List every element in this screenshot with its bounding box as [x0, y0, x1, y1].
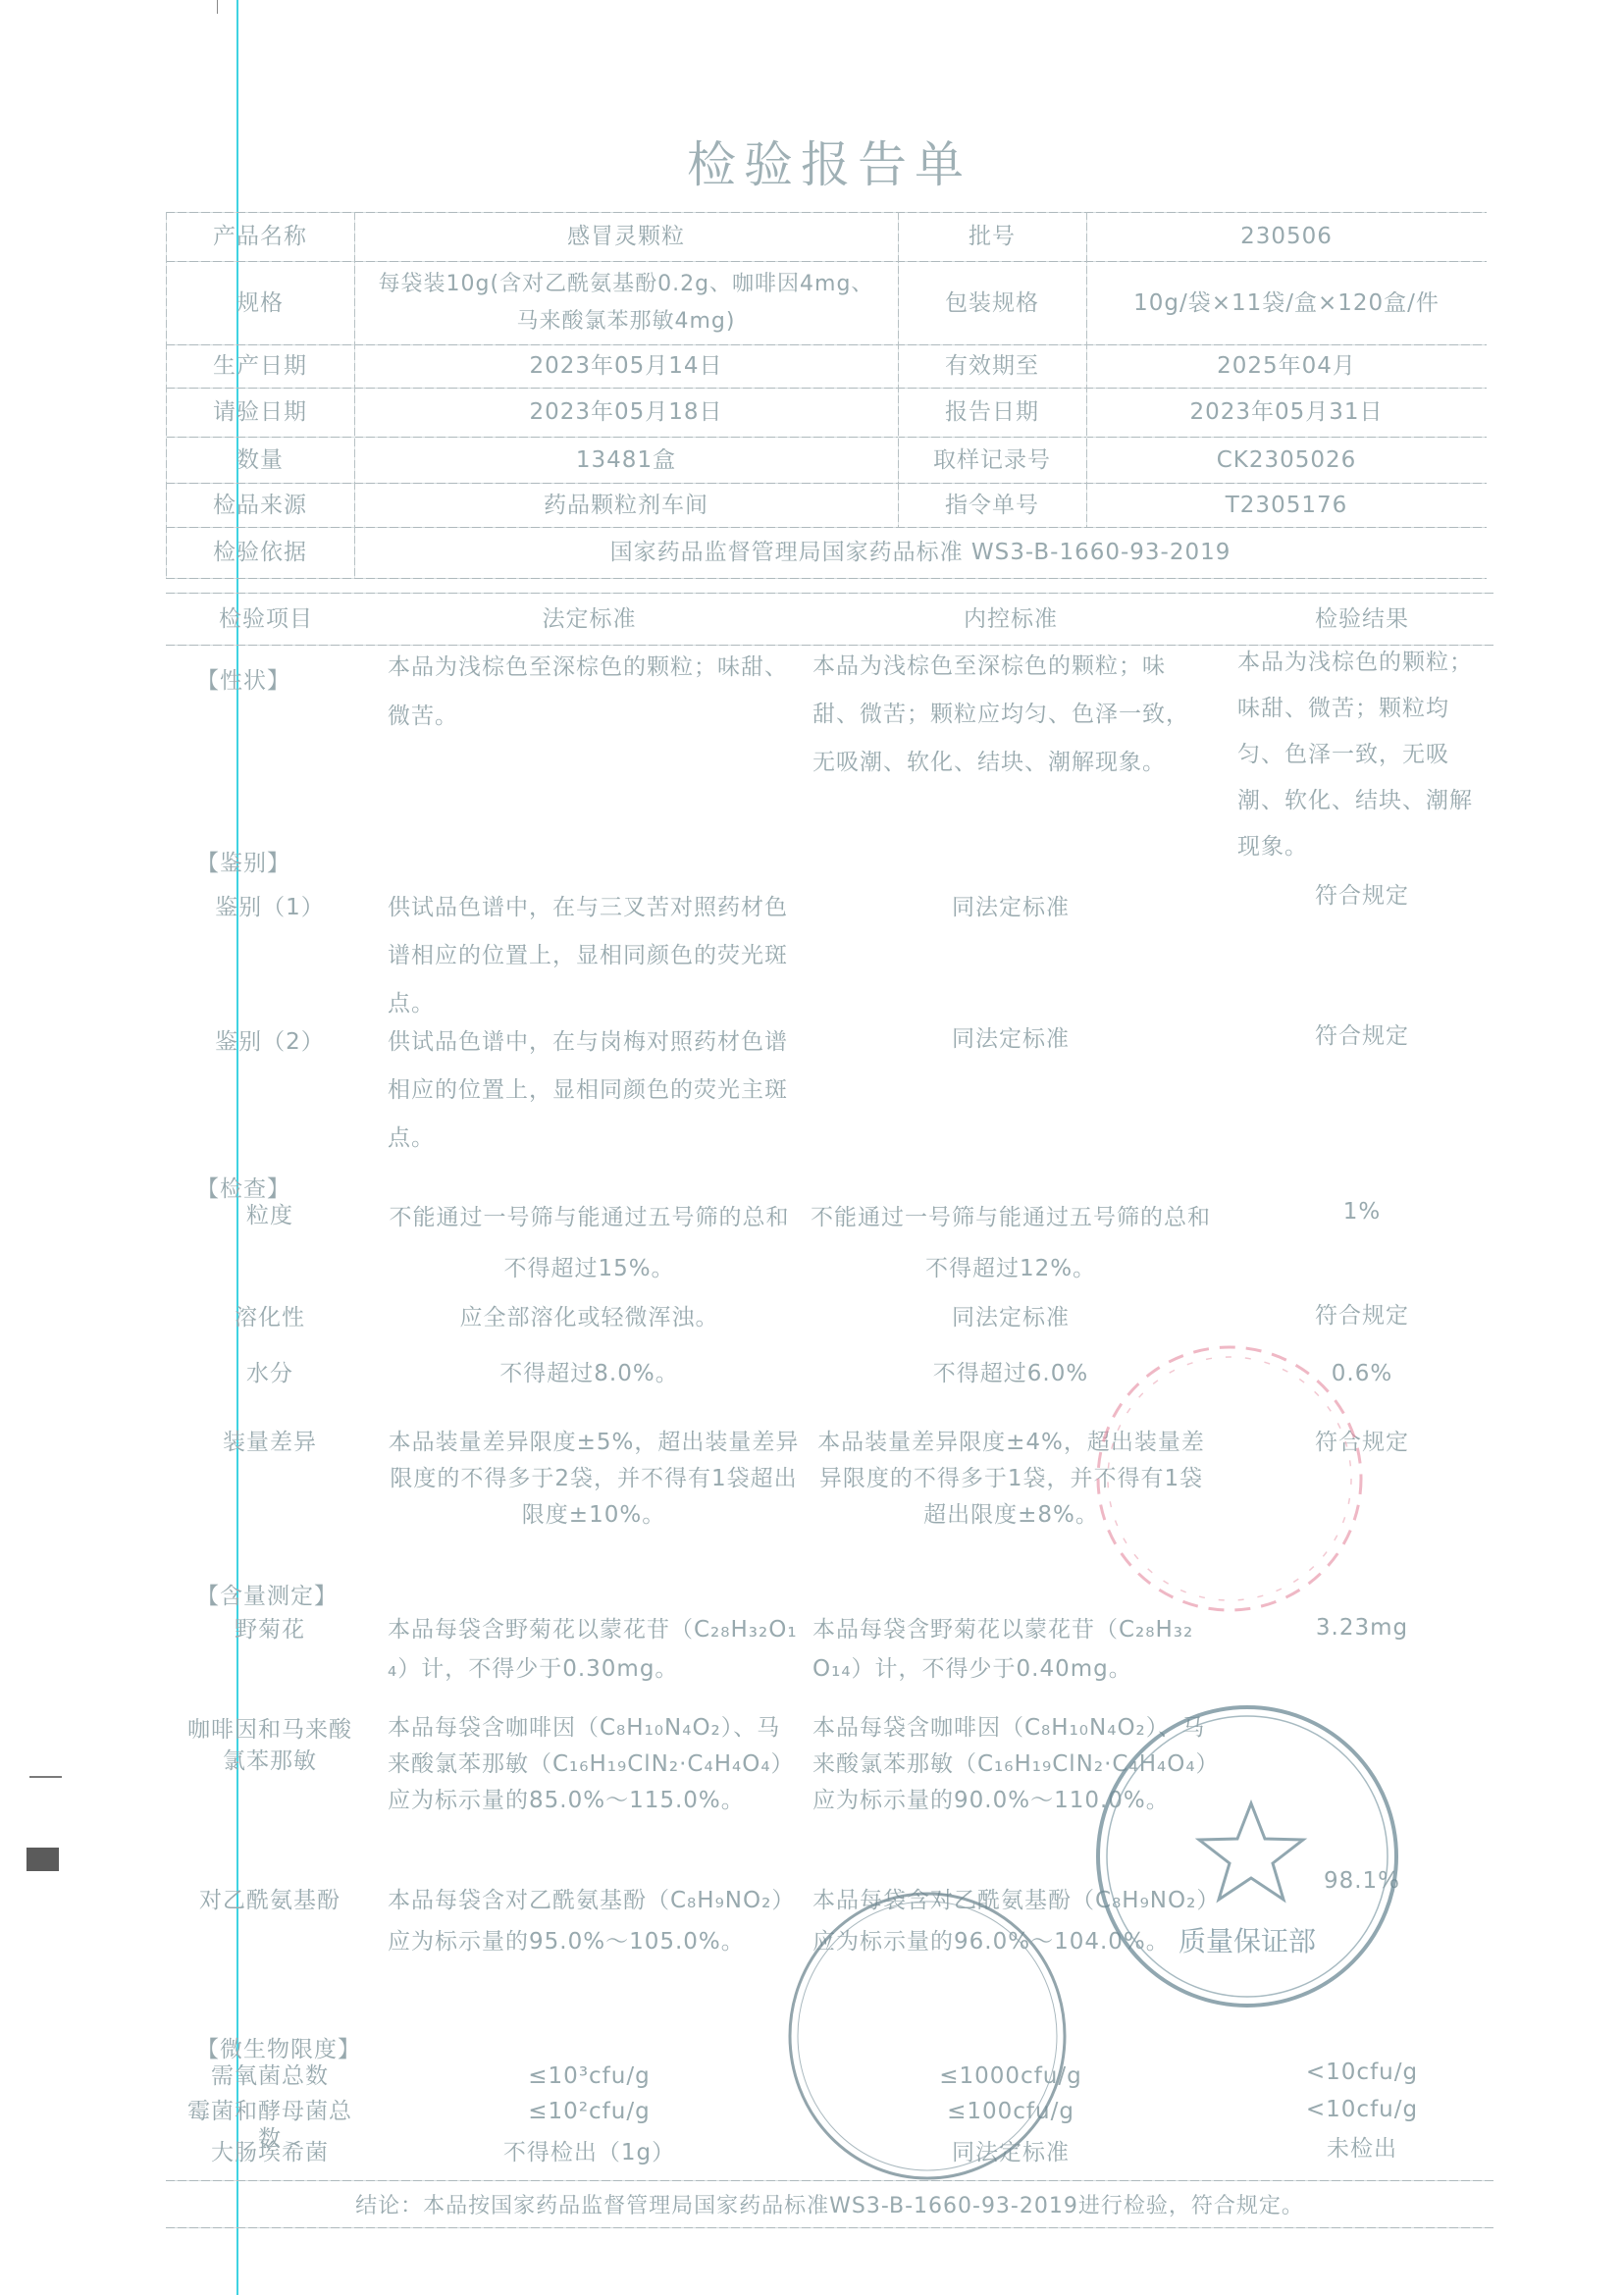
product-name: 感冒灵颗粒	[354, 212, 898, 261]
ecoli-result: 未检出	[1231, 2135, 1493, 2163]
identification-1-legal: 供试品色谱中，在与三叉苦对照药材色谱相应的位置上，显相同颜色的荧光斑点。	[388, 884, 800, 1028]
table-line	[166, 578, 1487, 579]
report-date: 2023年05月31日	[1086, 388, 1487, 437]
inspection-basis: 国家药品监督管理局国家药品标准 WS3-B-1660-93-2019	[354, 527, 1487, 578]
package-spec: 10g/袋×11袋/盒×120盒/件	[1086, 261, 1487, 344]
aerobic-count-inner: ≤1000cfu/g	[806, 2062, 1216, 2090]
sampling-record-number: CK2305026	[1086, 437, 1487, 483]
fill-variation-result: 符合规定	[1231, 1429, 1493, 1456]
aerobic-count-result: <10cfu/g	[1231, 2059, 1493, 2086]
identification-2-result: 符合规定	[1231, 1022, 1493, 1050]
header-internal-standard: 内控标准	[806, 593, 1216, 645]
table-line	[166, 2227, 1493, 2228]
section-assay: 【含量测定】	[196, 1583, 412, 1610]
mold-yeast-legal: ≤10²cfu/g	[381, 2098, 798, 2125]
info-label: 指令单号	[898, 483, 1086, 527]
moisture-result: 0.6%	[1231, 1360, 1493, 1387]
identification-1-inner: 同法定标准	[806, 894, 1216, 921]
info-label: 批号	[898, 212, 1086, 261]
assay-chrysanthemum-legal: 本品每袋含野菊花以蒙花苷（C₂₈H₃₂O₁₄）计，不得少于0.30mg。	[388, 1610, 800, 1689]
ecoli-legal: 不得检出（1g）	[381, 2139, 798, 2166]
item-label: 对乙酰氨基酚	[177, 1887, 363, 1914]
appearance-inner: 本品为浅棕色至深棕色的颗粒；味甜、微苦；颗粒应均匀、色泽一致，无吸潮、软化、结块…	[812, 643, 1210, 787]
section-identification: 【鉴别】	[196, 850, 412, 877]
scan-mark	[217, 0, 218, 14]
moisture-inner: 不得超过6.0%	[806, 1360, 1216, 1387]
section-appearance: 【性状】	[196, 667, 412, 695]
assay-paracetamol-inner: 本品每袋含对乙酰氨基酚（C₈H₉NO₂）应为标示量的96.0%～104.0%。	[812, 1880, 1210, 1962]
assay-caffeine-inner: 本品每袋含咖啡因（C₈H₁₀N₄O₂）、马来酸氯苯那敏（C₁₆H₁₉ClN₂·C…	[812, 1710, 1210, 1819]
order-number: T2305176	[1086, 483, 1487, 527]
conclusion: 结论：本品按国家药品监督管理局国家药品标准WS3-B-1660-93-2019进…	[166, 2193, 1493, 2220]
sample-source: 药品颗粒剂车间	[354, 483, 898, 527]
info-label: 取样记录号	[898, 437, 1086, 483]
assay-chrysanthemum-result: 3.23mg	[1231, 1614, 1493, 1642]
item-label: 需氧菌总数	[177, 2062, 363, 2090]
batch-number: 230506	[1086, 212, 1487, 261]
identification-1-result: 符合规定	[1231, 882, 1493, 910]
expiry-date: 2025年04月	[1086, 344, 1487, 388]
solubility-inner: 同法定标准	[806, 1304, 1216, 1331]
header-item: 检验项目	[166, 593, 366, 645]
info-label: 检验依据	[166, 527, 354, 578]
inspection-report-page: 检验报告单 产品名称 感冒灵颗粒 批号 230506 规格 每袋装10g(含对乙…	[0, 0, 1624, 2295]
item-label: 鉴别（2）	[177, 1028, 363, 1056]
item-label: 粒度	[177, 1202, 363, 1229]
info-label: 产品名称	[166, 212, 354, 261]
request-date: 2023年05月18日	[354, 388, 898, 437]
fill-variation-legal: 本品装量差异限度±5%，超出装量差异限度的不得多于2袋，并不得有1袋超出限度±1…	[388, 1425, 800, 1534]
assay-paracetamol-result: 98.1%	[1231, 1867, 1493, 1895]
scan-mark	[26, 1848, 59, 1871]
table-line	[166, 2180, 1493, 2181]
info-label: 数量	[166, 437, 354, 483]
aerobic-count-legal: ≤10³cfu/g	[381, 2062, 798, 2090]
section-microbial: 【微生物限度】	[196, 2036, 412, 2063]
solubility-result: 符合规定	[1231, 1302, 1493, 1330]
fill-variation-inner: 本品装量差异限度±4%，超出装量差异限度的不得多于1袋，并不得有1袋超出限度±8…	[812, 1425, 1210, 1534]
header-legal-standard: 法定标准	[381, 593, 798, 645]
scan-mark	[29, 1776, 62, 1778]
particle-size-result: 1%	[1231, 1198, 1493, 1226]
particle-size-inner: 不能通过一号筛与能通过五号筛的总和不得超过12%。	[806, 1192, 1216, 1294]
appearance-result: 本品为浅棕色的颗粒；味甜、微苦；颗粒均匀、色泽一致，无吸潮、软化、结块、潮解现象…	[1237, 640, 1491, 870]
item-label: 野菊花	[177, 1616, 363, 1643]
item-label: 鉴别（1）	[177, 894, 363, 921]
info-label: 有效期至	[898, 344, 1086, 388]
info-label: 检品来源	[166, 483, 354, 527]
mold-yeast-inner: ≤100cfu/g	[806, 2098, 1216, 2125]
info-label: 报告日期	[898, 388, 1086, 437]
specification: 每袋装10g(含对乙酰氨基酚0.2g、咖啡因4mg、马来酸氯苯那敏4mg)	[374, 261, 878, 344]
ecoli-inner: 同法定标准	[806, 2139, 1216, 2166]
appearance-legal: 本品为浅棕色至深棕色的颗粒；味甜、微苦。	[388, 643, 800, 741]
item-label: 咖啡因和马来酸氯苯那敏	[177, 1714, 363, 1777]
item-label: 装量差异	[177, 1429, 363, 1456]
identification-2-inner: 同法定标准	[806, 1025, 1216, 1053]
info-label: 请验日期	[166, 388, 354, 437]
report-title: 检验报告单	[589, 126, 1070, 196]
identification-2-legal: 供试品色谱中，在与岗梅对照药材色谱相应的位置上，显相同颜色的荧光主斑点。	[388, 1018, 800, 1163]
info-label: 规格	[166, 261, 354, 344]
particle-size-legal: 不能通过一号筛与能通过五号筛的总和不得超过15%。	[381, 1192, 798, 1294]
moisture-legal: 不得超过8.0%。	[381, 1360, 798, 1387]
quantity: 13481盒	[354, 437, 898, 483]
info-label: 生产日期	[166, 344, 354, 388]
assay-chrysanthemum-inner: 本品每袋含野菊花以蒙花苷（C₂₈H₃₂O₁₄）计，不得少于0.40mg。	[812, 1610, 1210, 1689]
assay-paracetamol-legal: 本品每袋含对乙酰氨基酚（C₈H₉NO₂）应为标示量的95.0%～105.0%。	[388, 1880, 800, 1962]
item-label: 大肠埃希菌	[177, 2139, 363, 2166]
item-label: 水分	[177, 1360, 363, 1387]
info-label: 包装规格	[898, 261, 1086, 344]
assay-caffeine-legal: 本品每袋含咖啡因（C₈H₁₀N₄O₂）、马来酸氯苯那敏（C₁₆H₁₉ClN₂·C…	[388, 1710, 800, 1819]
production-date: 2023年05月14日	[354, 344, 898, 388]
solubility-legal: 应全部溶化或轻微浑浊。	[381, 1304, 798, 1331]
item-label: 溶化性	[177, 1304, 363, 1331]
section-inspection: 【检查】	[196, 1175, 412, 1203]
mold-yeast-result: <10cfu/g	[1231, 2096, 1493, 2123]
header-result: 检验结果	[1231, 593, 1493, 645]
